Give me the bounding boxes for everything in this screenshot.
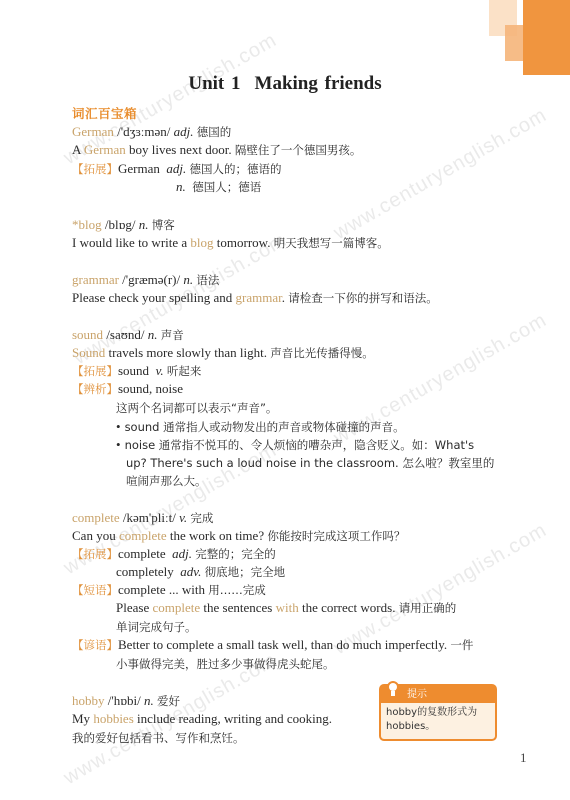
entry-blog-headword: *blog /blɒg/ n. 博客: [72, 216, 175, 234]
hint-box: 提示 hobby的复数形式为 hobbies。: [379, 684, 497, 741]
entry-complete-headword: complete /kəm'pliːt/ v. 完成: [72, 509, 213, 527]
entry-sound-bullet-2-cont: up? There's such a loud noise in the cla…: [126, 454, 494, 472]
entry-complete-extension-2: completely adv. 彻底地；完全地: [116, 563, 285, 581]
entry-complete-example: Can you complete the work on time? 你能按时完…: [72, 527, 405, 545]
page-title: Unit 1Making friends: [0, 73, 570, 95]
lightbulb-icon: [386, 680, 400, 700]
entry-complete-phrase-example: Please complete the sentences with the c…: [116, 599, 456, 617]
entry-complete-extension: 【拓展】complete adj. 完整的；完全的: [72, 545, 276, 563]
entry-german-extension: 【拓展】German adj. 德国人的；德语的: [72, 160, 282, 178]
corner-decoration-dark: [523, 0, 570, 75]
entry-german-headword: German /'dʒɜːmən/ adj. 德国的: [72, 123, 231, 141]
page-number: 1: [520, 750, 527, 766]
entry-sound-extension: 【拓展】sound v. 听起来: [72, 362, 201, 380]
entry-blog-example: I would like to write a blog tomorrow. 明…: [72, 234, 389, 252]
watermark: www.centuryenglish.com: [330, 104, 551, 245]
entry-sound-bullet-1: sound 通常指人或动物发出的声音或物体碰撞的声音。: [116, 418, 405, 436]
entry-complete-phrase-example-cont: 单词完成句子。: [116, 618, 197, 636]
hint-body: hobby的复数形式为 hobbies。: [381, 703, 495, 737]
entry-german-extension-2: n. 德国人；德语: [176, 178, 261, 196]
section-heading: 词汇百宝箱: [72, 104, 137, 122]
unit-name: Making friends: [255, 73, 382, 94]
unit-label: Unit 1: [188, 73, 240, 94]
entry-hobby-example: My hobbies include reading, writing and …: [72, 710, 332, 728]
entry-sound-headword: sound /saʊnd/ n. 声音: [72, 326, 184, 344]
entry-grammar-example: Please check your spelling and grammar. …: [72, 289, 438, 307]
entry-complete-proverb: 【谚语】Better to complete a small task well…: [72, 636, 473, 654]
entry-sound-analysis-intro: 这两个名词都可以表示“声音”。: [116, 399, 277, 417]
entry-hobby-headword: hobby /'hɒbi/ n. 爱好: [72, 692, 180, 710]
entry-sound-bullet-2-cont2: 喧闹声那么大。: [126, 472, 207, 490]
entry-sound-example: Sound travels more slowly than light. 声音…: [72, 344, 374, 362]
entry-complete-proverb-cont: 小事做得完美，胜过多少事做得虎头蛇尾。: [116, 655, 335, 673]
entry-sound-analysis: 【辨析】sound, noise: [72, 380, 183, 398]
entry-grammar-headword: grammar /'græmə(r)/ n. 语法: [72, 271, 219, 289]
entry-complete-phrase: 【短语】complete ... with 用……完成: [72, 581, 266, 599]
entry-german-example: A German boy lives next door. 隔壁住了一个德国男孩…: [72, 141, 361, 159]
entry-hobby-example-cn: 我的爱好包括看书、写作和烹饪。: [72, 729, 245, 747]
entry-sound-bullet-2: noise 通常指不悦耳的、令人烦恼的嘈杂声，隐含贬义。如：What's: [116, 436, 474, 454]
